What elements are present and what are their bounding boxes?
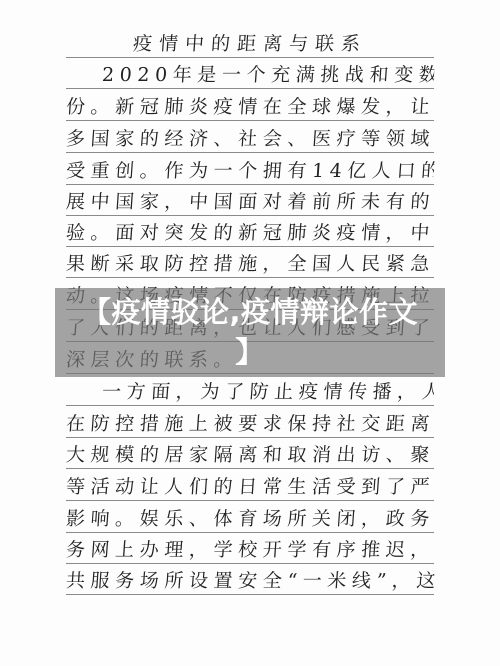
essay-line: 验。面对突发的新冠肺炎疫情，中国: [65, 220, 435, 246]
essay-line: 等活动让人们的日常生活受到了严重: [65, 474, 435, 500]
essay-line: 大规模的居家隔离和取消出访、聚会: [65, 442, 435, 468]
essay-line: 务网上办理，学校开学有序推迟，公: [65, 537, 435, 563]
essay-title: 疫情中的距离与联系: [65, 31, 435, 57]
essay-line: 一方面，为了防止疫情传播，人们: [65, 379, 435, 405]
essay-line: 2020年是一个充满挑战和变数的年: [65, 62, 435, 88]
essay-line: 展中国家，中国面对着前所未有的考: [65, 189, 435, 215]
ruled-line: [66, 405, 434, 406]
ruled-line: [66, 246, 434, 247]
ruled-line: [66, 594, 434, 595]
ruled-line: [66, 120, 434, 121]
essay-line: 份。新冠肺炎疫情在全球爆发，让许: [65, 94, 435, 120]
ruled-line: [66, 215, 434, 216]
ruled-line: [66, 184, 434, 185]
ruled-line: [66, 88, 434, 89]
ruled-line: [66, 152, 434, 153]
ruled-line: [66, 532, 434, 533]
ruled-line: [66, 277, 434, 278]
caption-overlay-text: 【疫情驳论,疫情辩论作文 】: [55, 292, 445, 372]
essay-line: 共服务场所设置安全“一米线”，这些: [65, 568, 435, 594]
caption-line-1: 【疫情驳论,疫情辩论作文: [55, 292, 445, 332]
ruled-line: [66, 57, 434, 58]
ruled-line: [66, 500, 434, 501]
ruled-line: [66, 437, 434, 438]
essay-line: 受重创。作为一个拥有14亿人口的发: [65, 158, 435, 184]
caption-line-2: 】: [55, 332, 445, 372]
essay-line: 影响。娱乐、体育场所关闭，政务服: [65, 506, 435, 532]
essay-line: 果断采取防控措施，全国人民紧急行: [65, 251, 435, 277]
ruled-line: [66, 468, 434, 469]
essay-line: 多国家的经济、社会、医疗等领域遭: [65, 126, 435, 152]
ruled-line: [66, 563, 434, 564]
essay-line: 在防控措施上被要求保持社交距离。: [65, 411, 435, 437]
